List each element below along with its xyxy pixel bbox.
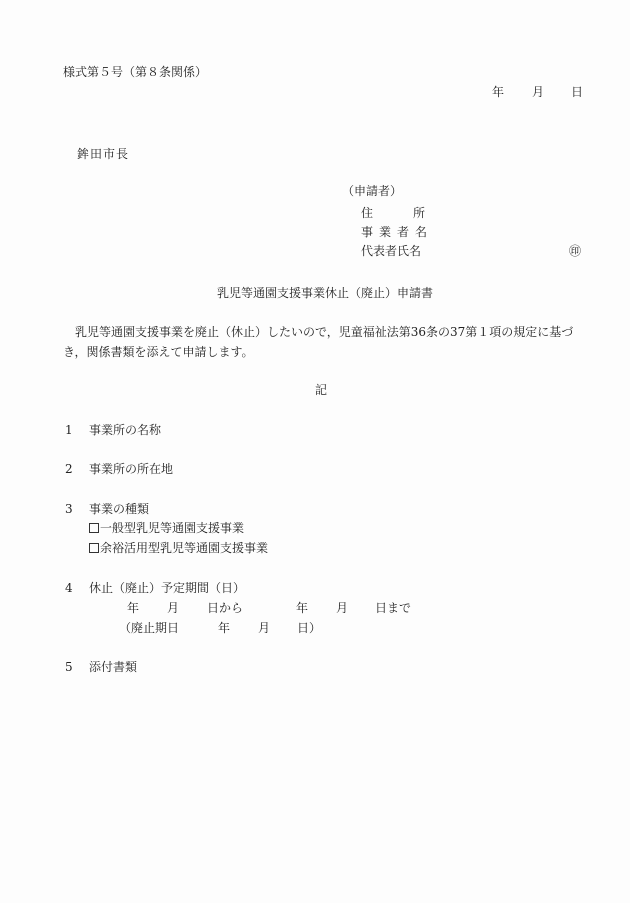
period-from-month: 月 (167, 602, 179, 614)
abolish-date-year: 年 (218, 622, 230, 634)
document-title: 乳児等通園支援事業休止（廃止）申請書 (0, 287, 630, 299)
form-number: 様式第５号（第８条関係） (63, 66, 207, 78)
business-type-option-general[interactable]: 一般型乳児等通園支援事業 (89, 522, 244, 534)
period-from-day: 日から (207, 602, 243, 614)
period-to-year: 年 (296, 602, 308, 614)
document-page: 様式第５号（第８条関係） 年 月 日 鉾田市長 （申請者） 住 所 事業者名 代… (0, 0, 630, 903)
item-number: 5 (65, 661, 73, 673)
ki-heading: 記 (0, 384, 630, 396)
period-from-year: 年 (127, 602, 139, 614)
addressee: 鉾田市長 (77, 148, 129, 160)
item-label: 添付書類 (89, 661, 137, 673)
checkbox-icon[interactable] (89, 543, 99, 553)
item-number: 3 (65, 503, 73, 515)
date-day: 日 (571, 86, 583, 98)
item-number: 1 (65, 424, 73, 436)
applicant-label: （申請者） (342, 185, 402, 197)
item-label: 事業所の所在地 (89, 463, 173, 475)
item-number: 4 (65, 582, 73, 594)
item-label: 事業の種類 (89, 503, 149, 515)
business-type-option-surplus[interactable]: 余裕活用型乳児等通園支援事業 (89, 542, 268, 554)
option-label: 一般型乳児等通園支援事業 (100, 521, 244, 535)
item-number: 2 (65, 463, 73, 475)
checkbox-icon[interactable] (89, 523, 99, 533)
address-label-part1: 住 (361, 207, 373, 219)
date-month: 月 (532, 86, 544, 98)
item-label: 事業所の名称 (89, 424, 161, 436)
option-label: 余裕活用型乳児等通園支援事業 (100, 541, 268, 555)
applicant-company-label: 事業者名 (361, 226, 433, 238)
seal-icon: ㊞ (569, 245, 581, 257)
applicant-representative-label: 代表者氏名 (361, 245, 421, 257)
date-year: 年 (492, 86, 504, 98)
period-to-month: 月 (336, 602, 348, 614)
body-text: 乳児等通園支援事業を廃止（休止）したいので，児童福祉法第36条の37第１項の規定… (63, 322, 583, 362)
item-label: 休止（廃止）予定期間（日） (89, 582, 245, 594)
abolish-date-day: 日） (297, 622, 321, 634)
abolish-date-open: （廃止期日 (119, 622, 179, 634)
period-to-day: 日まで (375, 602, 411, 614)
abolish-date-month: 月 (258, 622, 270, 634)
address-label-part2: 所 (413, 207, 425, 219)
